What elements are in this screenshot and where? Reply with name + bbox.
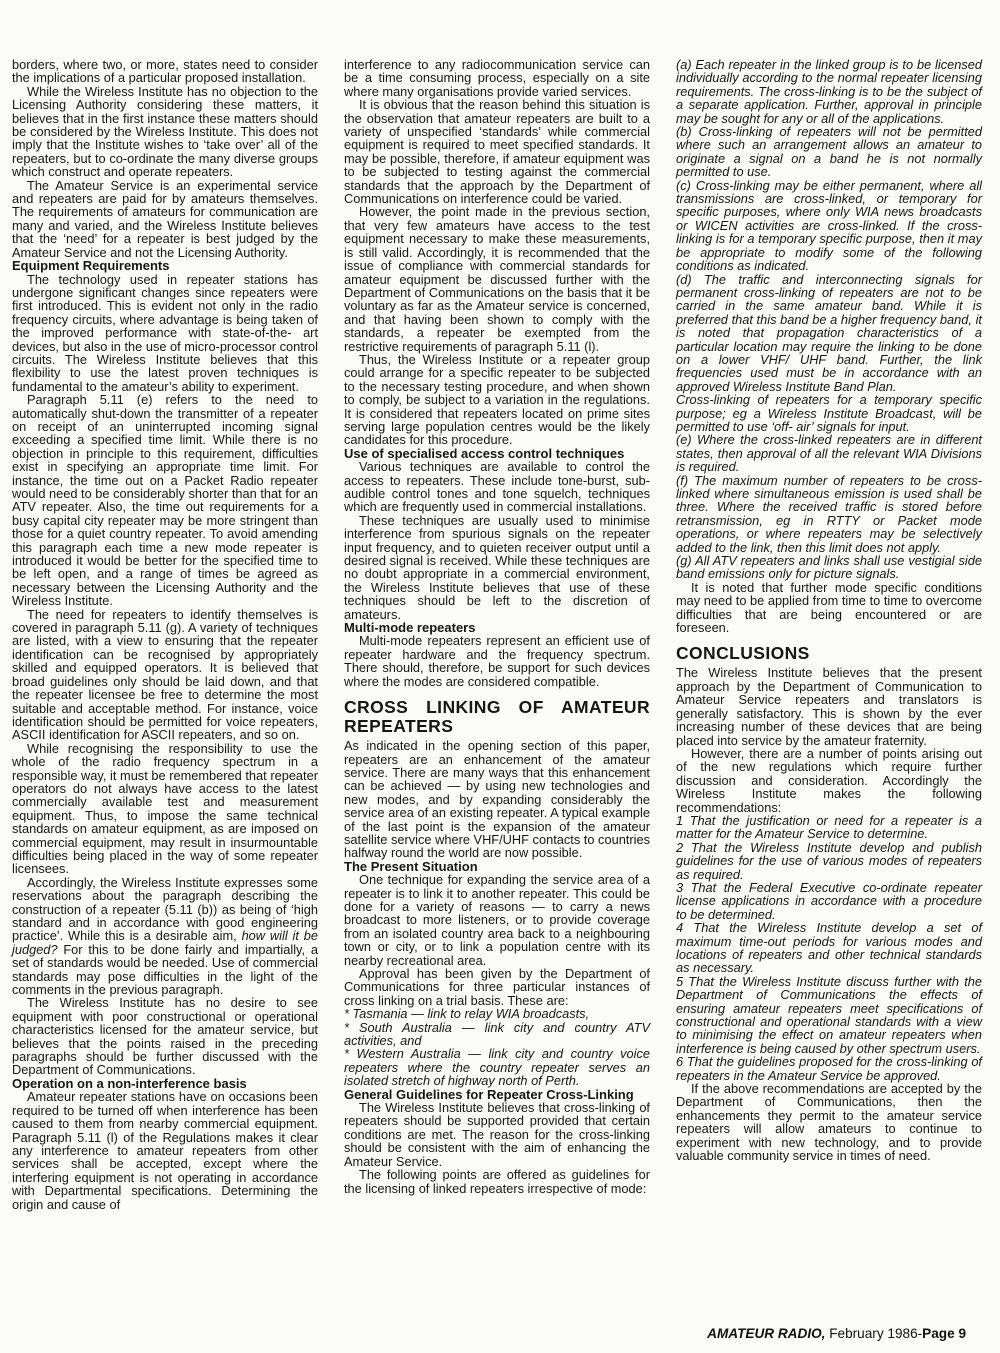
text-column-3: (a) Each repeater in the linked group is… [676,58,982,1211]
paragraph: interference to any radiocommunication s… [344,58,650,98]
paragraph: The Wireless Institute believes that cro… [344,1101,650,1168]
paragraph: The technology used in repeater stations… [12,273,318,394]
paragraph: While the Wireless Institute has no obje… [12,85,318,179]
sub-heading: Use of specialised access control techni… [344,447,650,460]
section-heading: CROSS LINKING OF AMATEUR REPEATERS [344,698,650,736]
paragraph: (f) The maximum number of repeaters to b… [676,474,982,554]
paragraph: * South Australia — link city and countr… [344,1021,650,1048]
page-number: Page 9 [922,1326,966,1341]
text-column-1: borders, where two, or more, states need… [12,58,318,1211]
paragraph: The need for repeaters to identify thems… [12,608,318,742]
paragraph: (e) Where the cross-linked repeaters are… [676,433,982,473]
sub-heading: The Present Situation [344,860,650,873]
paragraph: If the above recommendations are accepte… [676,1082,982,1162]
section-heading: CONCLUSIONS [676,644,982,663]
page-footer: AMATEUR RADIO, February 1986-Page 9 [707,1326,966,1341]
paragraph: (b) Cross-linking of repeaters will not … [676,125,982,179]
paragraph: Accordingly, the Wireless Institute expr… [12,876,318,997]
paragraph: Multi-mode repeaters represent an effici… [344,634,650,688]
paragraph: 2 That the Wireless Institute develop an… [676,841,982,881]
paragraph: The Wireless Institute has no desire to … [12,996,318,1076]
paragraph: However, there are a number of points ar… [676,747,982,814]
paragraph: The Amateur Service is an experimental s… [12,179,318,259]
paragraph: 1 That the justification or need for a r… [676,814,982,841]
paragraph: Various techniques are available to cont… [344,460,650,514]
paragraph: One technique for expanding the service … [344,873,650,967]
sub-heading: General Guidelines for Repeater Cross-Li… [344,1088,650,1101]
paragraph: Cross-linking of repeaters for a tempora… [676,393,982,433]
sub-heading: Equipment Requirements [12,259,318,272]
paragraph: Paragraph 5.11 (e) refers to the need to… [12,393,318,608]
paragraph: Thus, the Wireless Institute or a repeat… [344,353,650,447]
paragraph: Approval has been given by the Departmen… [344,967,650,1007]
paragraph: borders, where two, or more, states need… [12,58,318,85]
paragraph: (d) The traffic and interconnecting sign… [676,273,982,394]
sub-heading: Operation on a non-interference basis [12,1077,318,1090]
paragraph: It is obvious that the reason behind thi… [344,98,650,205]
paragraph: As indicated in the opening section of t… [344,739,650,860]
paragraph: 5 That the Wireless Institute discuss fu… [676,975,982,1055]
paragraph: These techniques are usually used to min… [344,514,650,621]
article-body: borders, where two, or more, states need… [12,58,982,1211]
issue-date: February 1986- [825,1326,922,1341]
paragraph: Amateur repeater stations have on occasi… [12,1090,318,1211]
paragraph: (c) Cross-linking may be either permanen… [676,179,982,273]
paragraph: (a) Each repeater in the linked group is… [676,58,982,125]
paragraph: * Western Australia — link city and coun… [344,1047,650,1087]
paragraph: It is noted that further mode specific c… [676,581,982,635]
paragraph: However, the point made in the previous … [344,205,650,352]
paragraph: (g) All ATV repeaters and links shall us… [676,554,982,581]
sub-heading: Multi-mode repeaters [344,621,650,634]
paragraph: * Tasmania — link to relay WIA broadcast… [344,1007,650,1020]
paragraph: 3 That the Federal Executive co-ordinate… [676,881,982,921]
paragraph: 4 That the Wireless Institute develop a … [676,921,982,975]
magazine-title: AMATEUR RADIO, [707,1326,825,1341]
paragraph: The following points are offered as guid… [344,1168,650,1195]
paragraph: 6 That the guidelines proposed for the c… [676,1055,982,1082]
text-column-2: interference to any radiocommunication s… [344,58,650,1211]
paragraph: While recognising the responsibility to … [12,742,318,876]
paragraph: The Wireless Institute believes that the… [676,666,982,746]
